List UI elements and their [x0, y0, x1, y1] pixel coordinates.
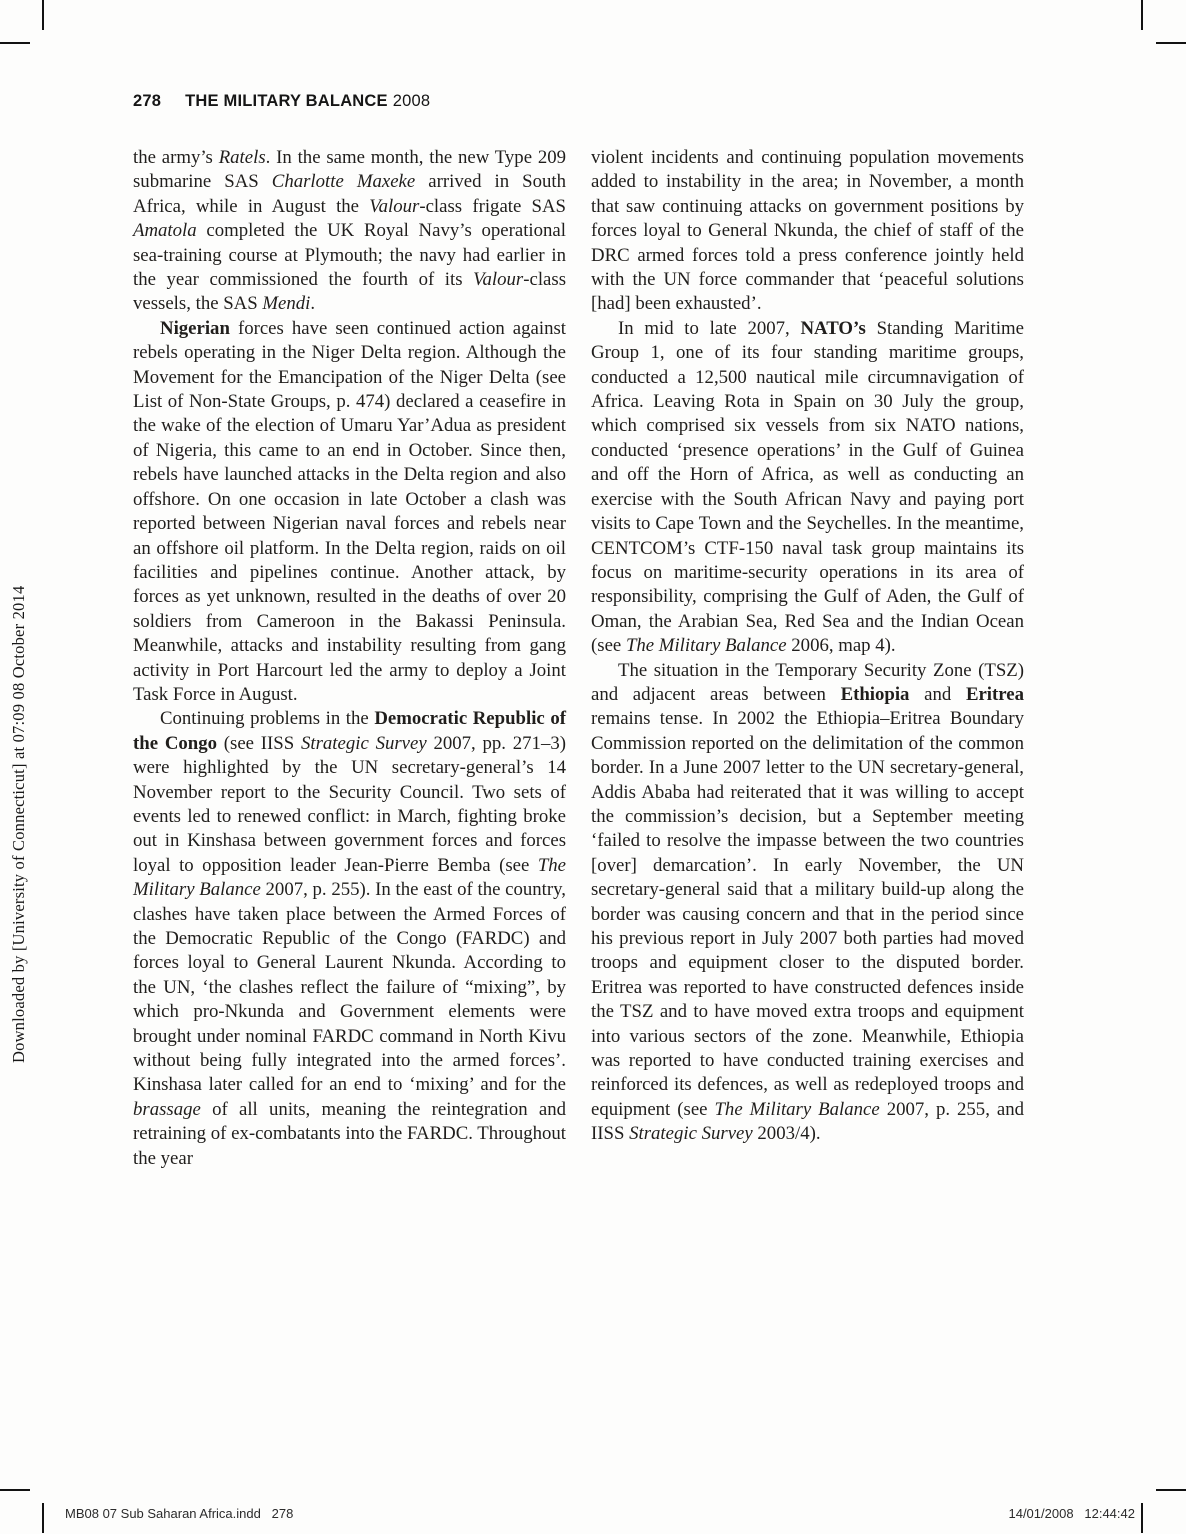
crop-mark-bottom-left-horizontal: [0, 1489, 30, 1491]
book-title: THE MILITARY BALANCE: [185, 92, 388, 110]
bold-text: Ethiopia: [841, 684, 910, 705]
paragraph: the army’s Ratels. In the same month, th…: [133, 146, 566, 317]
italic-text: The Military Balance: [626, 635, 787, 656]
column-left: the army’s Ratels. In the same month, th…: [133, 146, 566, 1171]
italic-text: Ratels: [219, 147, 266, 168]
paragraph: Continuing problems in the Democratic Re…: [133, 707, 566, 1171]
edition-year: 2008: [393, 92, 431, 110]
page-number: 278: [133, 92, 161, 110]
italic-text: Strategic Survey: [301, 733, 427, 754]
paragraph: The situation in the Temporary Security …: [591, 659, 1024, 1147]
italic-text: The Military Balance: [714, 1099, 879, 1120]
body-text: -class frigate SAS: [419, 196, 566, 217]
body-text: 2007, pp. 271–3) were highlighted by the…: [133, 733, 566, 876]
download-watermark: Downloaded by [University of Connecticut…: [9, 586, 29, 1063]
paragraph: In mid to late 2007, NATO’s Standing Mar…: [591, 317, 1024, 659]
crop-mark-bottom-right-vertical: [1141, 1503, 1143, 1533]
italic-text: brassage: [133, 1099, 201, 1120]
paragraph: Nigerian forces have seen continued acti…: [133, 317, 566, 708]
crop-mark-bottom-right-horizontal: [1156, 1489, 1186, 1491]
italic-text: Amatola: [133, 220, 197, 241]
crop-mark-top-left-horizontal: [0, 42, 30, 44]
bold-text: Eritrea: [966, 684, 1024, 705]
body-text: 2006, map 4).: [787, 635, 896, 656]
body-text: Standing Maritime Group 1, one of its fo…: [591, 318, 1024, 656]
italic-text: Strategic Survey: [629, 1123, 753, 1144]
body-text: 2007, p. 255). In the east of the countr…: [133, 879, 566, 1095]
body-text: remains tense. In 2002 the Ethiopia–Erit…: [591, 708, 1024, 1120]
crop-mark-top-left-vertical: [42, 0, 44, 30]
running-head: 278THE MILITARY BALANCE2008: [133, 92, 430, 111]
crop-mark-top-right-horizontal: [1156, 42, 1186, 44]
italic-text: Valour: [473, 269, 523, 290]
italic-text: Valour: [369, 196, 419, 217]
italic-text: Mendi: [262, 293, 310, 314]
footer-file-info: MB08 07 Sub Saharan Africa.indd 278: [65, 1506, 293, 1521]
crop-mark-bottom-left-vertical: [42, 1503, 44, 1533]
scanned-book-page: Downloaded by [University of Connecticut…: [0, 0, 1186, 1534]
body-text: In mid to late 2007,: [618, 318, 800, 339]
bold-text: Nigerian: [160, 318, 230, 339]
italic-text: Charlotte Maxeke: [272, 171, 415, 192]
footer-timestamp: 14/01/2008 12:44:42: [1008, 1506, 1135, 1521]
column-right: violent incidents and continuing populat…: [591, 146, 1024, 1147]
body-text: (see IISS: [217, 733, 301, 754]
body-text: .: [310, 293, 315, 314]
body-text: the army’s: [133, 147, 219, 168]
body-text: Continuing problems in the: [160, 708, 374, 729]
body-text: 2003/4).: [753, 1123, 821, 1144]
body-text: violent incidents and continuing populat…: [591, 147, 1024, 314]
crop-mark-top-right-vertical: [1141, 0, 1143, 30]
body-text: and: [909, 684, 965, 705]
paragraph: violent incidents and continuing populat…: [591, 146, 1024, 317]
bold-text: NATO’s: [800, 318, 865, 339]
body-text: forces have seen continued action agains…: [133, 318, 566, 705]
